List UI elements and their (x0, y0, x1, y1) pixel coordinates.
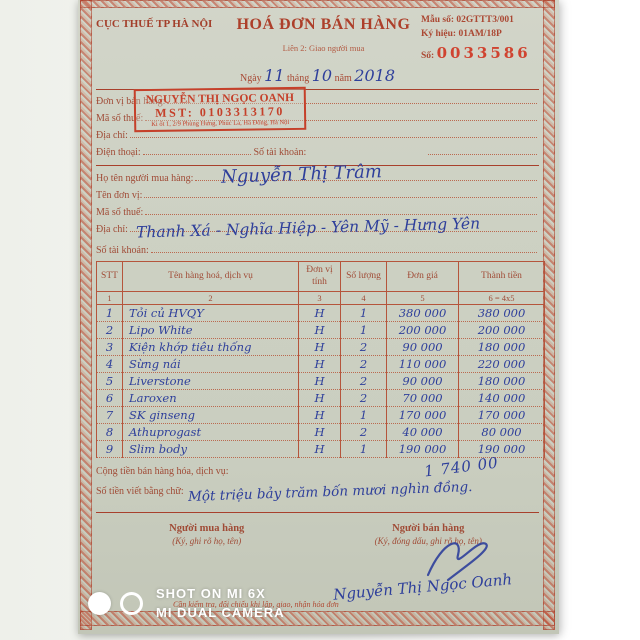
buyer-block: Họ tên người mua hàng: Tên đơn vị: Mã số… (96, 170, 539, 257)
cell-name: Laroxen (123, 390, 299, 407)
cell-name: Tỏi củ HVQY (123, 305, 299, 322)
index-cell: 1 (97, 292, 123, 305)
stamp-address: Ki ốt 1, 2/9 Phùng Hưng, Phúc La, Hà Đôn… (140, 119, 300, 128)
cell-qty: 2 (341, 373, 387, 390)
header-right: Mẫu số: 02GTTT3/001 Ký hiệu: 01AM/18P Số… (421, 10, 539, 64)
invoice-number: 0033586 (437, 44, 531, 62)
cell-price: 90 000 (387, 373, 459, 390)
cell-name: Athuprogast (123, 424, 299, 441)
index-cell: 6 = 4x5 (459, 292, 545, 305)
seller-addr-label: Địa chỉ: (96, 130, 128, 141)
cell-amount: 180 000 (459, 373, 545, 390)
table-row: 2 Lipo White H 1 200 000 200 000 (97, 322, 545, 339)
camera-lens-ring-icon (120, 592, 143, 615)
cell-qty: 1 (341, 305, 387, 322)
cell-name: Liverstone (123, 373, 299, 390)
totals-section: Cộng tiền bán hàng hóa, dịch vụ: 1 740 0… (96, 466, 539, 506)
buyer-tax-label: Mã số thuế: (96, 207, 143, 218)
cell-price: 200 000 (387, 322, 459, 339)
cell-name: SK ginseng (123, 407, 299, 424)
cell-price: 40 000 (387, 424, 459, 441)
table-row: 5 Liverstone H 2 90 000 180 000 (97, 373, 545, 390)
table-row: 1 Tỏi củ HVQY H 1 380 000 380 000 (97, 305, 545, 322)
cell-amount: 220 000 (459, 356, 545, 373)
watermark-line1: SHOT ON MI 6X (156, 585, 285, 604)
tax-office: CỤC THUẾ TP HÀ NỘI (96, 10, 226, 32)
cell-stt: 1 (97, 305, 123, 322)
buyer-account-label: Số tài khoản: (96, 245, 149, 256)
cell-stt: 3 (97, 339, 123, 356)
invoice-paper: CỤC THUẾ TP HÀ NỘI HOÁ ĐƠN BÁN HÀNG Liên… (78, 0, 559, 634)
date-prefix: Ngày (240, 73, 262, 84)
index-cell: 5 (387, 292, 459, 305)
cell-price: 190 000 (387, 441, 459, 458)
cell-stt: 8 (97, 424, 123, 441)
cell-price: 70 000 (387, 390, 459, 407)
col-header-stt: STT (97, 262, 123, 292)
header-center: HOÁ ĐƠN BÁN HÀNG Liên 2: Giao người mua (226, 10, 421, 53)
cell-unit: H (299, 322, 341, 339)
separator (96, 512, 539, 513)
index-cell: 2 (123, 292, 299, 305)
buyer-signature-title: Người mua hàng (96, 523, 318, 534)
dotted-line (145, 204, 537, 215)
cell-stt: 2 (97, 322, 123, 339)
cell-unit: H (299, 356, 341, 373)
dotted-line (144, 187, 537, 198)
cell-amount: 380 000 (459, 305, 545, 322)
cell-stt: 5 (97, 373, 123, 390)
cell-price: 170 000 (387, 407, 459, 424)
dotted-line (143, 144, 252, 155)
amount-in-words-label: Số tiền viết bằng chữ: (96, 486, 184, 497)
col-header-amount: Thành tiền (459, 262, 545, 292)
col-header-qty: Số lượng (341, 262, 387, 292)
cell-amount: 200 000 (459, 322, 545, 339)
invoice-content: CỤC THUẾ TP HÀ NỘI HOÁ ĐƠN BÁN HÀNG Liên… (96, 10, 539, 546)
cell-amount: 140 000 (459, 390, 545, 407)
index-cell: 3 (299, 292, 341, 305)
copy-note: Liên 2: Giao người mua (226, 43, 421, 53)
cell-amount: 170 000 (459, 407, 545, 424)
cell-name: Sừng nái (123, 356, 299, 373)
cell-unit: H (299, 373, 341, 390)
dotted-line (428, 144, 537, 155)
cell-price: 380 000 (387, 305, 459, 322)
dotted-line (151, 242, 537, 253)
watermark-line2: MI DUAL CAMERA (156, 604, 285, 623)
col-header-name: Tên hàng hoá, dịch vụ (123, 262, 299, 292)
decorative-border-top (80, 0, 555, 8)
buyer-name-label: Họ tên người mua hàng: (96, 173, 193, 184)
cell-unit: H (299, 390, 341, 407)
table-row: 3 Kiện khớp tiêu thống H 2 90 000 180 00… (97, 339, 545, 356)
cell-unit: H (299, 305, 341, 322)
items-table: STT Tên hàng hoá, dịch vụ Đơn vị tính Số… (96, 261, 545, 458)
buyer-addr-label: Địa chỉ: (96, 224, 128, 235)
cell-stt: 9 (97, 441, 123, 458)
form-number: Mẫu số: 02GTTT3/001 (421, 13, 539, 27)
index-cell: 4 (341, 292, 387, 305)
col-header-unit: Đơn vị tính (299, 262, 341, 292)
date-month-label: tháng (287, 73, 309, 84)
cell-unit: H (299, 407, 341, 424)
serial: Ký hiệu: 01AM/18P (421, 27, 539, 41)
table-row: 7 SK ginseng H 1 170 000 170 000 (97, 407, 545, 424)
camera-watermark: SHOT ON MI 6X MI DUAL CAMERA (88, 585, 285, 623)
cell-amount: 190 000 (459, 441, 545, 458)
buyer-signature-note: (Ký, ghi rõ họ, tên) (96, 536, 318, 546)
date-year-handwritten: 2018 (354, 66, 395, 85)
cell-qty: 1 (341, 407, 387, 424)
seller-stamp: NGUYỄN THỊ NGỌC OANH MST: 0103313170 Ki … (134, 87, 307, 132)
buyer-signature-block: Người mua hàng (Ký, ghi rõ họ, tên) (96, 523, 318, 546)
date-day-handwritten: 11 (264, 66, 284, 85)
table-row: 6 Laroxen H 2 70 000 140 000 (97, 390, 545, 407)
cell-unit: H (299, 441, 341, 458)
cell-price: 110 000 (387, 356, 459, 373)
total-label: Cộng tiền bán hàng hóa, dịch vụ: (96, 466, 228, 477)
cell-name: Lipo White (123, 322, 299, 339)
buyer-unit-label: Tên đơn vị: (96, 190, 142, 201)
cell-stt: 7 (97, 407, 123, 424)
cell-qty: 2 (341, 339, 387, 356)
invoice-header: CỤC THUẾ TP HÀ NỘI HOÁ ĐƠN BÁN HÀNG Liên… (96, 10, 539, 64)
seller-account-label: Số tài khoản: (253, 147, 306, 158)
col-header-price: Đơn giá (387, 262, 459, 292)
cell-name: Kiện khớp tiêu thống (123, 339, 299, 356)
table-row: 8 Athuprogast H 2 40 000 80 000 (97, 424, 545, 441)
cell-amount: 180 000 (459, 339, 545, 356)
cell-amount: 80 000 (459, 424, 545, 441)
cell-qty: 1 (341, 441, 387, 458)
seller-block: Đơn vị bán hàng: Mã số thuế: Địa chỉ: Đi… (96, 93, 539, 161)
cell-unit: H (299, 339, 341, 356)
camera-lens-filled-icon (88, 592, 111, 615)
table-header-row: STT Tên hàng hoá, dịch vụ Đơn vị tính Số… (97, 262, 545, 292)
date-year-label: năm (335, 73, 352, 84)
cell-qty: 2 (341, 424, 387, 441)
cell-unit: H (299, 424, 341, 441)
cell-qty: 1 (341, 322, 387, 339)
cell-name: Slim body (123, 441, 299, 458)
invoice-number-line: Số: 0033586 (421, 42, 539, 65)
cell-price: 90 000 (387, 339, 459, 356)
decorative-border-left (80, 0, 92, 630)
cell-stt: 6 (97, 390, 123, 407)
date-line: Ngày 11 tháng 10 năm 2018 (96, 66, 539, 85)
invoice-title: HOÁ ĐƠN BÁN HÀNG (226, 10, 421, 34)
invoice-number-label: Số: (421, 51, 434, 61)
cell-qty: 2 (341, 390, 387, 407)
table-row: 4 Sừng nái H 2 110 000 220 000 (97, 356, 545, 373)
cell-qty: 2 (341, 356, 387, 373)
cell-stt: 4 (97, 356, 123, 373)
table-index-row: 1 2 3 4 5 6 = 4x5 (97, 292, 545, 305)
seller-phone-label: Điện thoại: (96, 147, 141, 158)
date-month-handwritten: 10 (312, 66, 332, 85)
